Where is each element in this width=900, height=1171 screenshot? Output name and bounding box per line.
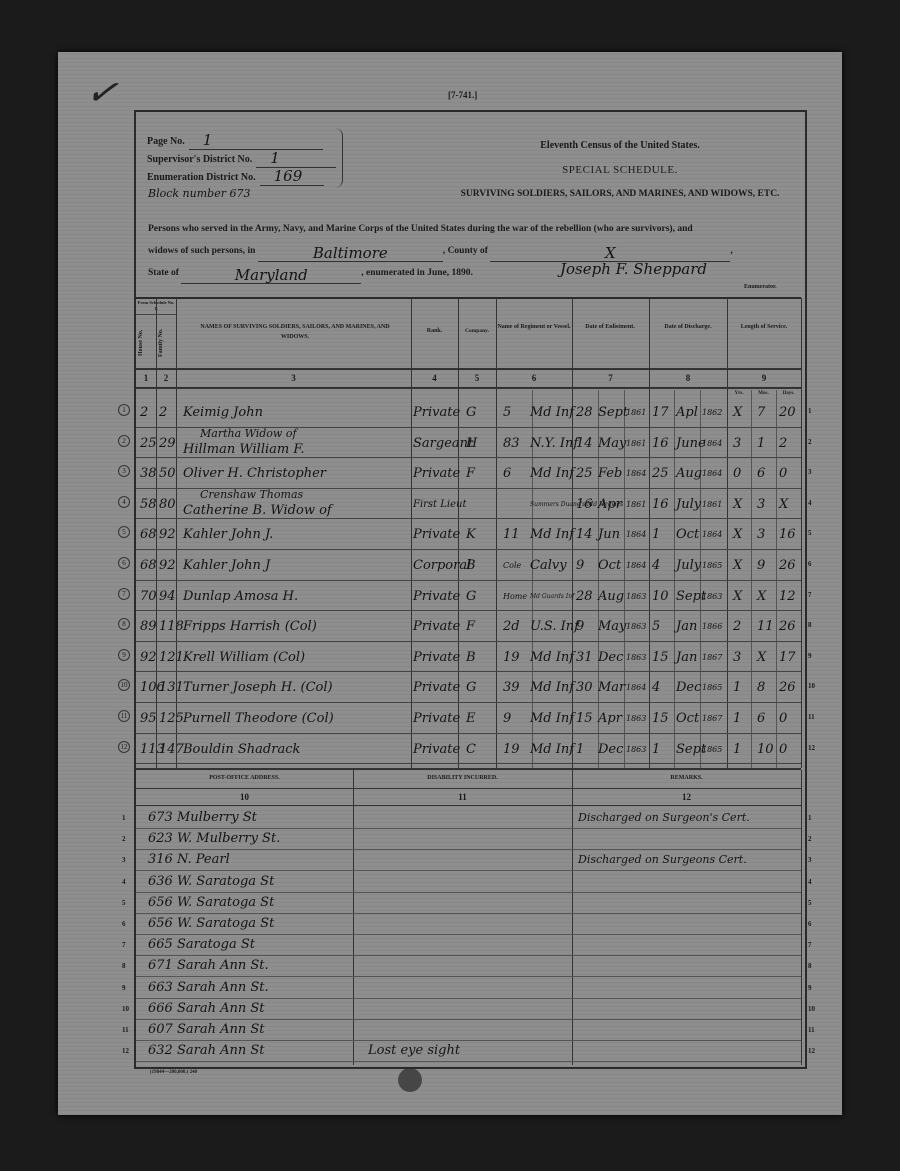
enlist-day: 16: [576, 498, 593, 512]
yrs-header: Yrs.: [727, 389, 751, 399]
enumerated-text: , enumerated in June, 1890.: [361, 268, 473, 278]
service-days: X: [779, 498, 788, 512]
company: E: [466, 712, 476, 726]
row-number: 10: [808, 682, 815, 690]
supervisor-value: 1: [256, 150, 336, 168]
service-years: 1: [733, 712, 741, 726]
rank-header: Rank.: [411, 326, 458, 336]
service-years: 1: [733, 743, 741, 757]
state-label: State of: [148, 268, 179, 278]
service-months: 9: [757, 559, 765, 573]
regiment-number: 83: [503, 437, 520, 451]
soldier-name-line2: Crenshaw Thomas: [200, 488, 303, 502]
discharge-year: 1867: [702, 712, 722, 726]
discharge-month: Dec: [676, 681, 701, 695]
header-district-info: Page No.1 Supervisor's District No.1 Enu…: [147, 132, 336, 186]
regiment-name: Md Inf: [530, 467, 574, 481]
service-days: 0: [779, 712, 787, 726]
regiment-number: 19: [503, 743, 520, 757]
service-months: 11: [757, 620, 774, 634]
service-days: 26: [779, 559, 796, 573]
service-months: X: [757, 651, 766, 665]
soldier-name: Krell William (Col): [183, 651, 305, 665]
service-days: 17: [779, 651, 796, 665]
place-value: Baltimore: [258, 245, 443, 262]
service-days: 20: [779, 406, 796, 420]
address-row-number: 5: [122, 899, 126, 907]
discharge-month: Aug: [676, 467, 702, 481]
enlist-month: Dec: [598, 743, 623, 757]
house-no: 2: [140, 406, 148, 420]
enlist-year: 1861: [626, 406, 646, 420]
enlist-day: 15: [576, 712, 593, 726]
address-row-number: 6: [122, 920, 126, 928]
regiment-header: Name of Regiment or Vessel.: [496, 322, 572, 332]
service-years: X: [733, 559, 742, 573]
rank: Private: [413, 406, 460, 420]
rank: Private: [413, 651, 460, 665]
remarks-row-number: 5: [808, 899, 812, 907]
discharge-year: 1865: [702, 559, 722, 573]
address-row-number: 4: [122, 878, 126, 886]
address-row-number: 11: [122, 1026, 129, 1034]
discharge-month: Jan: [676, 651, 697, 665]
discharge-year: 1863: [702, 590, 722, 604]
discharge-header: Date of Discharge.: [658, 322, 718, 332]
header-title: Eleventh Census of the United States. SP…: [440, 134, 800, 206]
enlist-year: 1864: [626, 528, 646, 542]
enlist-day: 1: [576, 743, 584, 757]
post-office-address: 607 Sarah Ann St: [148, 1023, 264, 1037]
house-no: 25: [140, 437, 157, 451]
row-number: 8: [808, 621, 812, 629]
rank: Private: [413, 712, 460, 726]
enlist-year: 1864: [626, 559, 646, 573]
post-office-header: POST-OFFICE ADDRESS.: [136, 773, 353, 783]
enlist-day: 31: [576, 651, 593, 665]
discharge-month: Jan: [676, 620, 697, 634]
house-no: 95: [140, 712, 157, 726]
row-number: 6: [808, 560, 812, 568]
enlist-month: Dec: [598, 651, 623, 665]
row-number: 1: [808, 407, 812, 415]
row-number: 12: [808, 744, 815, 752]
company: B: [466, 559, 476, 573]
census-title: Eleventh Census of the United States.: [440, 134, 800, 158]
family-no: 121: [159, 651, 184, 665]
enlist-month: Aug: [598, 590, 624, 604]
enlist-year: 1863: [626, 743, 646, 757]
mos-header: Mos.: [751, 389, 776, 399]
service-days: 12: [779, 590, 796, 604]
enlist-day: 25: [576, 467, 593, 481]
remarks-row-number: 9: [808, 984, 812, 992]
page-value: 1: [189, 132, 323, 150]
post-office-address: 663 Sarah Ann St.: [148, 981, 269, 995]
service-months: 3: [757, 528, 765, 542]
post-office-address: 656 W. Saratoga St: [148, 896, 274, 910]
row-circle-number: 4: [118, 496, 130, 508]
enlist-month: May: [598, 620, 626, 634]
discharge-day: 1: [652, 528, 660, 542]
enlist-year: 1861: [626, 437, 646, 451]
enlist-month: Oct: [598, 559, 621, 573]
remarks-header: REMARKS.: [572, 773, 801, 783]
remarks-row-number: 1: [808, 814, 812, 822]
post-office-address: 316 N. Pearl: [148, 853, 230, 867]
enlist-year: 1863: [626, 620, 646, 634]
soldier-name: Purnell Theodore (Col): [183, 712, 334, 726]
row-circle-number: 1: [118, 404, 130, 416]
col-num-11: 11: [353, 792, 572, 802]
intro-line1: Persons who served in the Army, Navy, an…: [148, 218, 798, 240]
address-row-number: 3: [122, 856, 126, 864]
house-no-header: House No.: [136, 320, 156, 366]
family-no: 92: [159, 528, 176, 542]
post-office-address: 656 W. Saratoga St: [148, 917, 274, 931]
discharge-month: Oct: [676, 712, 699, 726]
enumerator-label: Enumerator.: [744, 284, 777, 290]
enlist-day: 9: [576, 620, 584, 634]
discharge-day: 25: [652, 467, 669, 481]
col-num-8: 8: [649, 373, 727, 383]
regiment-name: Md Inf: [530, 681, 574, 695]
house-no: 38: [140, 467, 157, 481]
discharge-month: Apl: [676, 406, 698, 420]
company: F: [466, 620, 475, 634]
discharge-day: 5: [652, 620, 660, 634]
discharge-year: 1861: [702, 498, 722, 512]
discharge-day: 15: [652, 712, 669, 726]
house-no: 68: [140, 528, 157, 542]
house-no: 68: [140, 559, 157, 573]
schedule-subtitle: SURVIVING SOLDIERS, SAILORS, AND MARINES…: [440, 182, 800, 206]
family-no: 147: [159, 743, 184, 757]
row-circle-number: 10: [118, 679, 130, 691]
enumeration-label: Enumeration District No.: [147, 169, 256, 186]
soldier-name: Bouldin Shadrack: [183, 743, 300, 757]
rank: Private: [413, 681, 460, 695]
enlist-day: 28: [576, 590, 593, 604]
service-months: 8: [757, 681, 765, 695]
discharge-day: 16: [652, 437, 669, 451]
service-months: X: [757, 590, 766, 604]
service-months: 3: [757, 498, 765, 512]
disability-header: DISABILITY INCURRED.: [353, 773, 572, 783]
page-label: Page No.: [147, 133, 185, 150]
enlist-day: 28: [576, 406, 593, 420]
enlistment-header: Date of Enlistment.: [580, 322, 640, 332]
rank: Private: [413, 620, 460, 634]
address-row-number: 12: [122, 1047, 129, 1055]
soldier-name: Catherine B. Widow of: [183, 504, 332, 518]
soldier-name: Kahler John J: [183, 559, 270, 573]
check-mark: ✓: [83, 68, 121, 116]
enlist-day: 30: [576, 681, 593, 695]
discharge-year: 1864: [702, 528, 722, 542]
company-header: Company.: [458, 326, 496, 336]
post-office-address: 636 W. Saratoga St: [148, 875, 274, 889]
enlist-year: 1864: [626, 467, 646, 481]
discharge-month: July: [676, 559, 701, 573]
family-no: 94: [159, 590, 176, 604]
company: G: [466, 681, 476, 695]
rank: Sargeant: [413, 437, 473, 451]
row-number: 11: [808, 713, 815, 721]
header-brace: [334, 128, 343, 188]
family-no: 92: [159, 559, 176, 573]
service-days: 0: [779, 467, 787, 481]
remarks-row-number: 3: [808, 856, 812, 864]
regiment-number: 9: [503, 712, 511, 726]
from-schedule-header: From Schedule No. 1.: [136, 300, 176, 312]
soldier-name: Kahler John J.: [183, 528, 273, 542]
widows-prefix: widows of such persons, in: [148, 246, 255, 256]
house-no: 92: [140, 651, 157, 665]
family-no: 118: [159, 620, 184, 634]
enlist-month: Mar: [598, 681, 625, 695]
regiment-name: U.S. Inf: [530, 620, 579, 634]
enlist-day: 9: [576, 559, 584, 573]
col-num-7: 7: [572, 373, 649, 383]
col-num-10: 10: [136, 792, 353, 802]
family-no-header: Family No.: [156, 320, 176, 366]
family-no: 50: [159, 467, 176, 481]
discharge-year: 1867: [702, 651, 722, 665]
post-office-address: 666 Sarah Ann St: [148, 1002, 264, 1016]
company: C: [466, 743, 476, 757]
state-value: Maryland: [181, 267, 361, 284]
service-years: 3: [733, 437, 741, 451]
remarks-text: Discharged on Surgeons Cert.: [578, 853, 747, 867]
soldier-name: Fripps Harrish (Col): [183, 620, 317, 634]
row-circle-number: 6: [118, 557, 130, 569]
row-circle-number: 11: [118, 710, 130, 722]
soldier-name: Keimig John: [183, 406, 263, 420]
regiment-name: Md Guards Inf: [530, 590, 574, 604]
col-num-9: 9: [727, 373, 801, 383]
soldier-name: Turner Joseph H. (Col): [183, 681, 333, 695]
service-years: 1: [733, 681, 741, 695]
row-circle-number: 8: [118, 618, 130, 630]
regiment-name: Md Inf: [530, 406, 574, 420]
post-office-address: 671 Sarah Ann St.: [148, 959, 269, 973]
enlist-month: Apr: [598, 498, 622, 512]
remarks-row-number: 6: [808, 920, 812, 928]
soldier-name-line2: Martha Widow of: [200, 427, 297, 441]
regiment-name: Calvy: [530, 559, 567, 573]
row-circle-number: 7: [118, 588, 130, 600]
regiment-name: N.Y. Inf: [530, 437, 578, 451]
row-circle-number: 9: [118, 649, 130, 661]
house-no: 58: [140, 498, 157, 512]
col-num-3: 3: [176, 373, 411, 383]
col-num-4: 4: [411, 373, 458, 383]
family-no: 125: [159, 712, 184, 726]
row-circle-number: 3: [118, 465, 130, 477]
company: H: [466, 437, 477, 451]
remarks-row-number: 10: [808, 1005, 815, 1013]
col-num-6: 6: [496, 373, 572, 383]
service-months: 1: [757, 437, 765, 451]
discharge-year: 1862: [702, 406, 722, 420]
discharge-month: July: [676, 498, 701, 512]
days-header: Days.: [776, 389, 801, 399]
service-years: 2: [733, 620, 741, 634]
service-days: 0: [779, 743, 787, 757]
post-office-address: 632 Sarah Ann St: [148, 1044, 264, 1058]
service-days: 2: [779, 437, 787, 451]
regiment-number: Cole: [503, 559, 521, 573]
service-years: X: [733, 528, 742, 542]
post-office-address: 623 W. Mulberry St.: [148, 832, 280, 846]
service-years: X: [733, 498, 742, 512]
regiment-name: Md Inf: [530, 651, 574, 665]
enlist-year: 1863: [626, 590, 646, 604]
row-number: 2: [808, 438, 812, 446]
discharge-year: 1864: [702, 467, 722, 481]
address-row-number: 1: [122, 814, 126, 822]
service-months: 7: [757, 406, 765, 420]
disability-incurred: Lost eye sight: [368, 1044, 460, 1058]
rank: Private: [413, 528, 460, 542]
service-days: 16: [779, 528, 796, 542]
col-num-12: 12: [572, 792, 801, 802]
enlist-day: 14: [576, 437, 593, 451]
col-num-5: 5: [458, 373, 496, 383]
enlist-year: 1861: [626, 498, 646, 512]
service-years: 3: [733, 651, 741, 665]
row-number: 3: [808, 468, 812, 476]
regiment-number: 39: [503, 681, 520, 695]
company: B: [466, 651, 476, 665]
remarks-row-number: 11: [808, 1026, 815, 1034]
company: G: [466, 406, 476, 420]
enumerator-signature: Joseph F. Sheppard: [560, 260, 707, 278]
enlist-month: Feb: [598, 467, 622, 481]
soldier-name: Dunlap Amosa H.: [183, 590, 298, 604]
discharge-day: 17: [652, 406, 669, 420]
address-row-number: 10: [122, 1005, 129, 1013]
remarks-row-number: 2: [808, 835, 812, 843]
block-number: Block number 673: [148, 187, 250, 200]
enlist-year: 1864: [626, 681, 646, 695]
regiment-number: Home: [503, 590, 527, 604]
discharge-year: 1865: [702, 743, 722, 757]
rank: First Lieut: [413, 498, 466, 512]
discharge-day: 10: [652, 590, 669, 604]
house-no: 89: [140, 620, 157, 634]
post-office-address: 665 Saratoga St: [148, 938, 255, 952]
regiment-name: Md Inf: [530, 743, 574, 757]
enlist-month: Jun: [598, 528, 620, 542]
family-no: 29: [159, 437, 176, 451]
rank: Private: [413, 743, 460, 757]
footer-print-code: (19844—200,000.) 240: [150, 1070, 197, 1075]
service-months: 6: [757, 467, 765, 481]
post-office-address: 673 Mulberry St: [148, 811, 257, 825]
row-circle-number: 2: [118, 435, 130, 447]
enumeration-value: 169: [260, 168, 324, 186]
enlist-day: 14: [576, 528, 593, 542]
discharge-year: 1864: [702, 437, 722, 451]
soldier-name: Hillman William F.: [183, 443, 305, 457]
names-header: NAMES OF SURVIVING SOLDIERS, SAILORS, AN…: [200, 322, 390, 342]
address-row-number: 8: [122, 962, 126, 970]
family-no: 80: [159, 498, 176, 512]
supervisor-label: Supervisor's District No.: [147, 151, 252, 168]
enlist-month: May: [598, 437, 626, 451]
service-days: 26: [779, 681, 796, 695]
rank: Private: [413, 467, 460, 481]
service-days: 26: [779, 620, 796, 634]
row-number: 7: [808, 591, 812, 599]
discharge-day: 1: [652, 743, 660, 757]
rank: Corporal: [413, 559, 471, 573]
remarks-text: Discharged on Surgeon's Cert.: [578, 811, 750, 825]
company: G: [466, 590, 476, 604]
regiment-number: 19: [503, 651, 520, 665]
service-months: 6: [757, 712, 765, 726]
regiment-number: 11: [503, 528, 520, 542]
enlist-year: 1863: [626, 651, 646, 665]
regiment-number: 5: [503, 406, 511, 420]
ink-smudge: [398, 1068, 422, 1092]
remarks-row-number: 8: [808, 962, 812, 970]
discharge-day: 15: [652, 651, 669, 665]
col-num-2: 2: [156, 373, 176, 383]
row-circle-number: 5: [118, 526, 130, 538]
county-label: , County of: [443, 246, 488, 256]
remarks-row-number: 7: [808, 941, 812, 949]
regiment-name: Md Inf: [530, 528, 574, 542]
discharge-day: 16: [652, 498, 669, 512]
discharge-day: 4: [652, 681, 660, 695]
family-no: 131: [159, 681, 184, 695]
family-no: 2: [159, 406, 167, 420]
regiment-number: 6: [503, 467, 511, 481]
service-header: Length of Service.: [735, 322, 793, 332]
address-row-number: 7: [122, 941, 126, 949]
col-num-1: 1: [136, 373, 156, 383]
address-row-number: 9: [122, 984, 126, 992]
company: F: [466, 467, 475, 481]
remarks-row-number: 4: [808, 878, 812, 886]
schedule-title: SPECIAL SCHEDULE.: [440, 158, 800, 182]
service-years: 0: [733, 467, 741, 481]
house-no: 70: [140, 590, 157, 604]
rank: Private: [413, 590, 460, 604]
row-number: 5: [808, 529, 812, 537]
service-months: 10: [757, 743, 774, 757]
address-row-number: 2: [122, 835, 126, 843]
regiment-number: 2d: [503, 620, 520, 634]
enlist-month: Apr: [598, 712, 622, 726]
company: K: [466, 528, 476, 542]
row-circle-number: 12: [118, 741, 130, 753]
service-years: X: [733, 590, 742, 604]
row-number: 4: [808, 499, 812, 507]
enlist-month: Sept: [598, 406, 628, 420]
service-years: X: [733, 406, 742, 420]
soldier-name: Oliver H. Christopher: [183, 467, 326, 481]
remarks-row-number: 12: [808, 1047, 815, 1055]
form-code: [7-741.]: [448, 90, 477, 100]
discharge-year: 1865: [702, 681, 722, 695]
discharge-day: 4: [652, 559, 660, 573]
row-number: 9: [808, 652, 812, 660]
discharge-year: 1866: [702, 620, 722, 634]
